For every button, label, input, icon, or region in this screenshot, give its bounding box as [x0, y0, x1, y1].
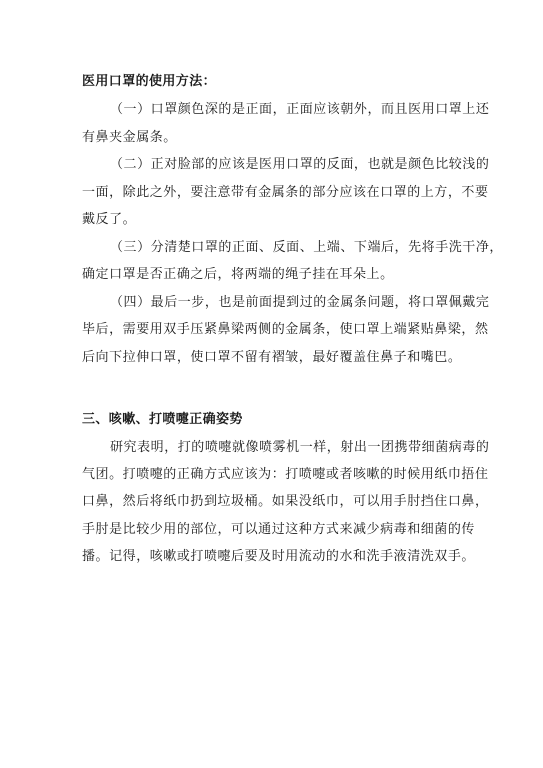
- section-title-cough-sneeze: 三、咳嗽、打喷嚏正确姿势: [82, 412, 243, 428]
- paragraph-2-line-3: 戴反了。: [82, 212, 136, 228]
- paragraph-2-line-1: （二）正对脸部的应该是医用口罩的反面，也就是颜色比较浅的: [82, 157, 489, 173]
- paragraph-5-line-4: 手肘是比较少用的部位，可以通过这种方式来减少病毒和细菌的传: [82, 522, 475, 538]
- paragraph-1-line-1: （一）口罩颜色深的是正面，正面应该朝外，而且医用口罩上还: [82, 102, 489, 118]
- paragraph-1-line-2: 有鼻夹金属条。: [82, 130, 177, 146]
- paragraph-4-line-2: 毕后，需要用双手压紧鼻梁两侧的金属条，使口罩上端紧贴鼻梁，然: [82, 322, 489, 338]
- paragraph-4-line-1: （四）最后一步，也是前面提到过的金属条问题，将口罩佩戴完: [82, 295, 489, 311]
- paragraph-3-line-2: 确定口罩是否正确之后，将两端的绳子挂在耳朵上。: [82, 267, 394, 283]
- paragraph-2-line-2: 一面，除此之外，要注意带有金属条的部分应该在口罩的上方，不要: [82, 185, 489, 201]
- paragraph-5-line-5: 播。记得，咳嗽或打喷嚏后要及时用流动的水和洗手液清洗双手。: [82, 549, 475, 565]
- paragraph-4-line-3: 后向下拉伸口罩，使口罩不留有褶皱，最好覆盖住鼻子和嘴巴。: [82, 350, 461, 366]
- paragraph-5-line-3: 口鼻，然后将纸巾扔到垃圾桶。如果没纸巾，可以用手肘挡住口鼻，: [82, 494, 489, 510]
- paragraph-5-line-1: 研究表明，打的喷嚏就像喷雾机一样，射出一团携带细菌病毒的: [82, 440, 489, 456]
- paragraph-3-line-1: （三）分清楚口罩的正面、反面、上端、下端后，先将手洗干净，: [82, 240, 503, 256]
- paragraph-5-line-2: 气团。打喷嚏的正确方式应该为：打喷嚏或者咳嗽的时候用纸巾捂住: [82, 467, 489, 483]
- section-title-mask-usage: 医用口罩的使用方法：: [82, 74, 216, 90]
